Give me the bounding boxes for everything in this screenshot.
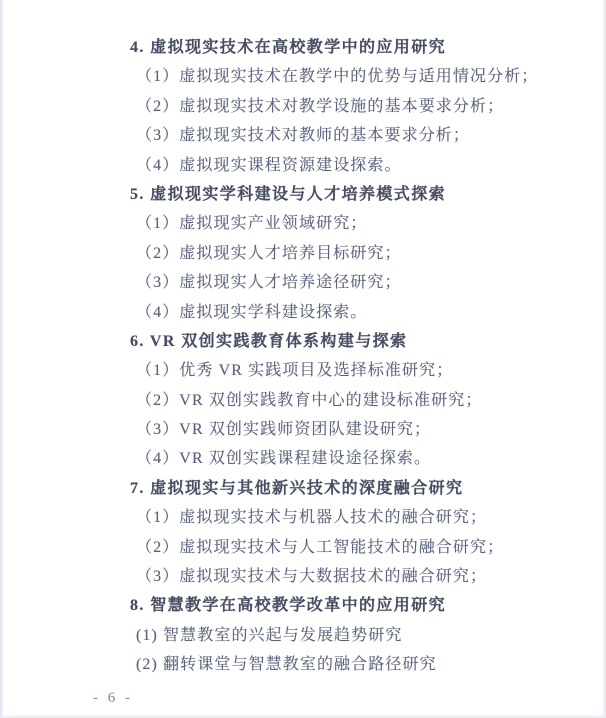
section-6-item-4: （4）VR 双创实践课程建设途径探索。 <box>130 444 580 473</box>
section-5-item-4: （4）虚拟现实学科建设探索。 <box>130 298 580 327</box>
section-5-heading: 5. 虚拟现实学科建设与人才培养模式探索 <box>130 180 580 209</box>
section-7-item-1: （1）虚拟现实技术与机器人技术的融合研究； <box>130 503 580 532</box>
section-5-item-1: （1）虚拟现实产业领域研究； <box>130 209 580 238</box>
section-6-item-1: （1）优秀 VR 实践项目及选择标准研究； <box>130 356 580 385</box>
section-4-item-4: （4）虚拟现实课程资源建设探索。 <box>130 151 580 180</box>
section-8-item-1: (1) 智慧教室的兴起与发展趋势研究 <box>130 621 580 650</box>
section-5-item-3: （3）虚拟现实人才培养途径研究； <box>130 268 580 297</box>
section-7-item-2: （2）虚拟现实技术与人工智能技术的融合研究； <box>130 533 580 562</box>
section-7-item-3: （3）虚拟现实技术与大数据技术的融合研究； <box>130 562 580 591</box>
section-6-heading: 6. VR 双创实践教育体系构建与探索 <box>130 327 580 356</box>
section-4-item-2: （2）虚拟现实技术对教学设施的基本要求分析； <box>130 92 580 121</box>
scan-edge-bottom <box>0 714 606 718</box>
document-body: 4. 虚拟现实技术在高校教学中的应用研究 （1）虚拟现实技术在教学中的优势与适用… <box>130 33 580 680</box>
section-8-item-2: (2) 翻转课堂与智慧教室的融合路径研究 <box>130 650 580 679</box>
section-6-item-3: （3）VR 双创实践师资团队建设研究； <box>130 415 580 444</box>
section-4-item-3: （3）虚拟现实技术对教师的基本要求分析； <box>130 121 580 150</box>
page-number: - 6 - <box>93 690 133 707</box>
section-5-item-2: （2）虚拟现实人才培养目标研究； <box>130 239 580 268</box>
section-8-heading: 8. 智慧教学在高校教学改革中的应用研究 <box>130 591 580 620</box>
section-4-item-1: （1）虚拟现实技术在教学中的优势与适用情况分析； <box>130 62 580 91</box>
section-4-heading: 4. 虚拟现实技术在高校教学中的应用研究 <box>130 33 580 62</box>
section-7-heading: 7. 虚拟现实与其他新兴技术的深度融合研究 <box>130 474 580 503</box>
scan-edge-right <box>602 0 606 718</box>
section-6-item-2: （2）VR 双创实践教育中心的建设标准研究； <box>130 386 580 415</box>
scan-edge-left <box>0 0 4 718</box>
